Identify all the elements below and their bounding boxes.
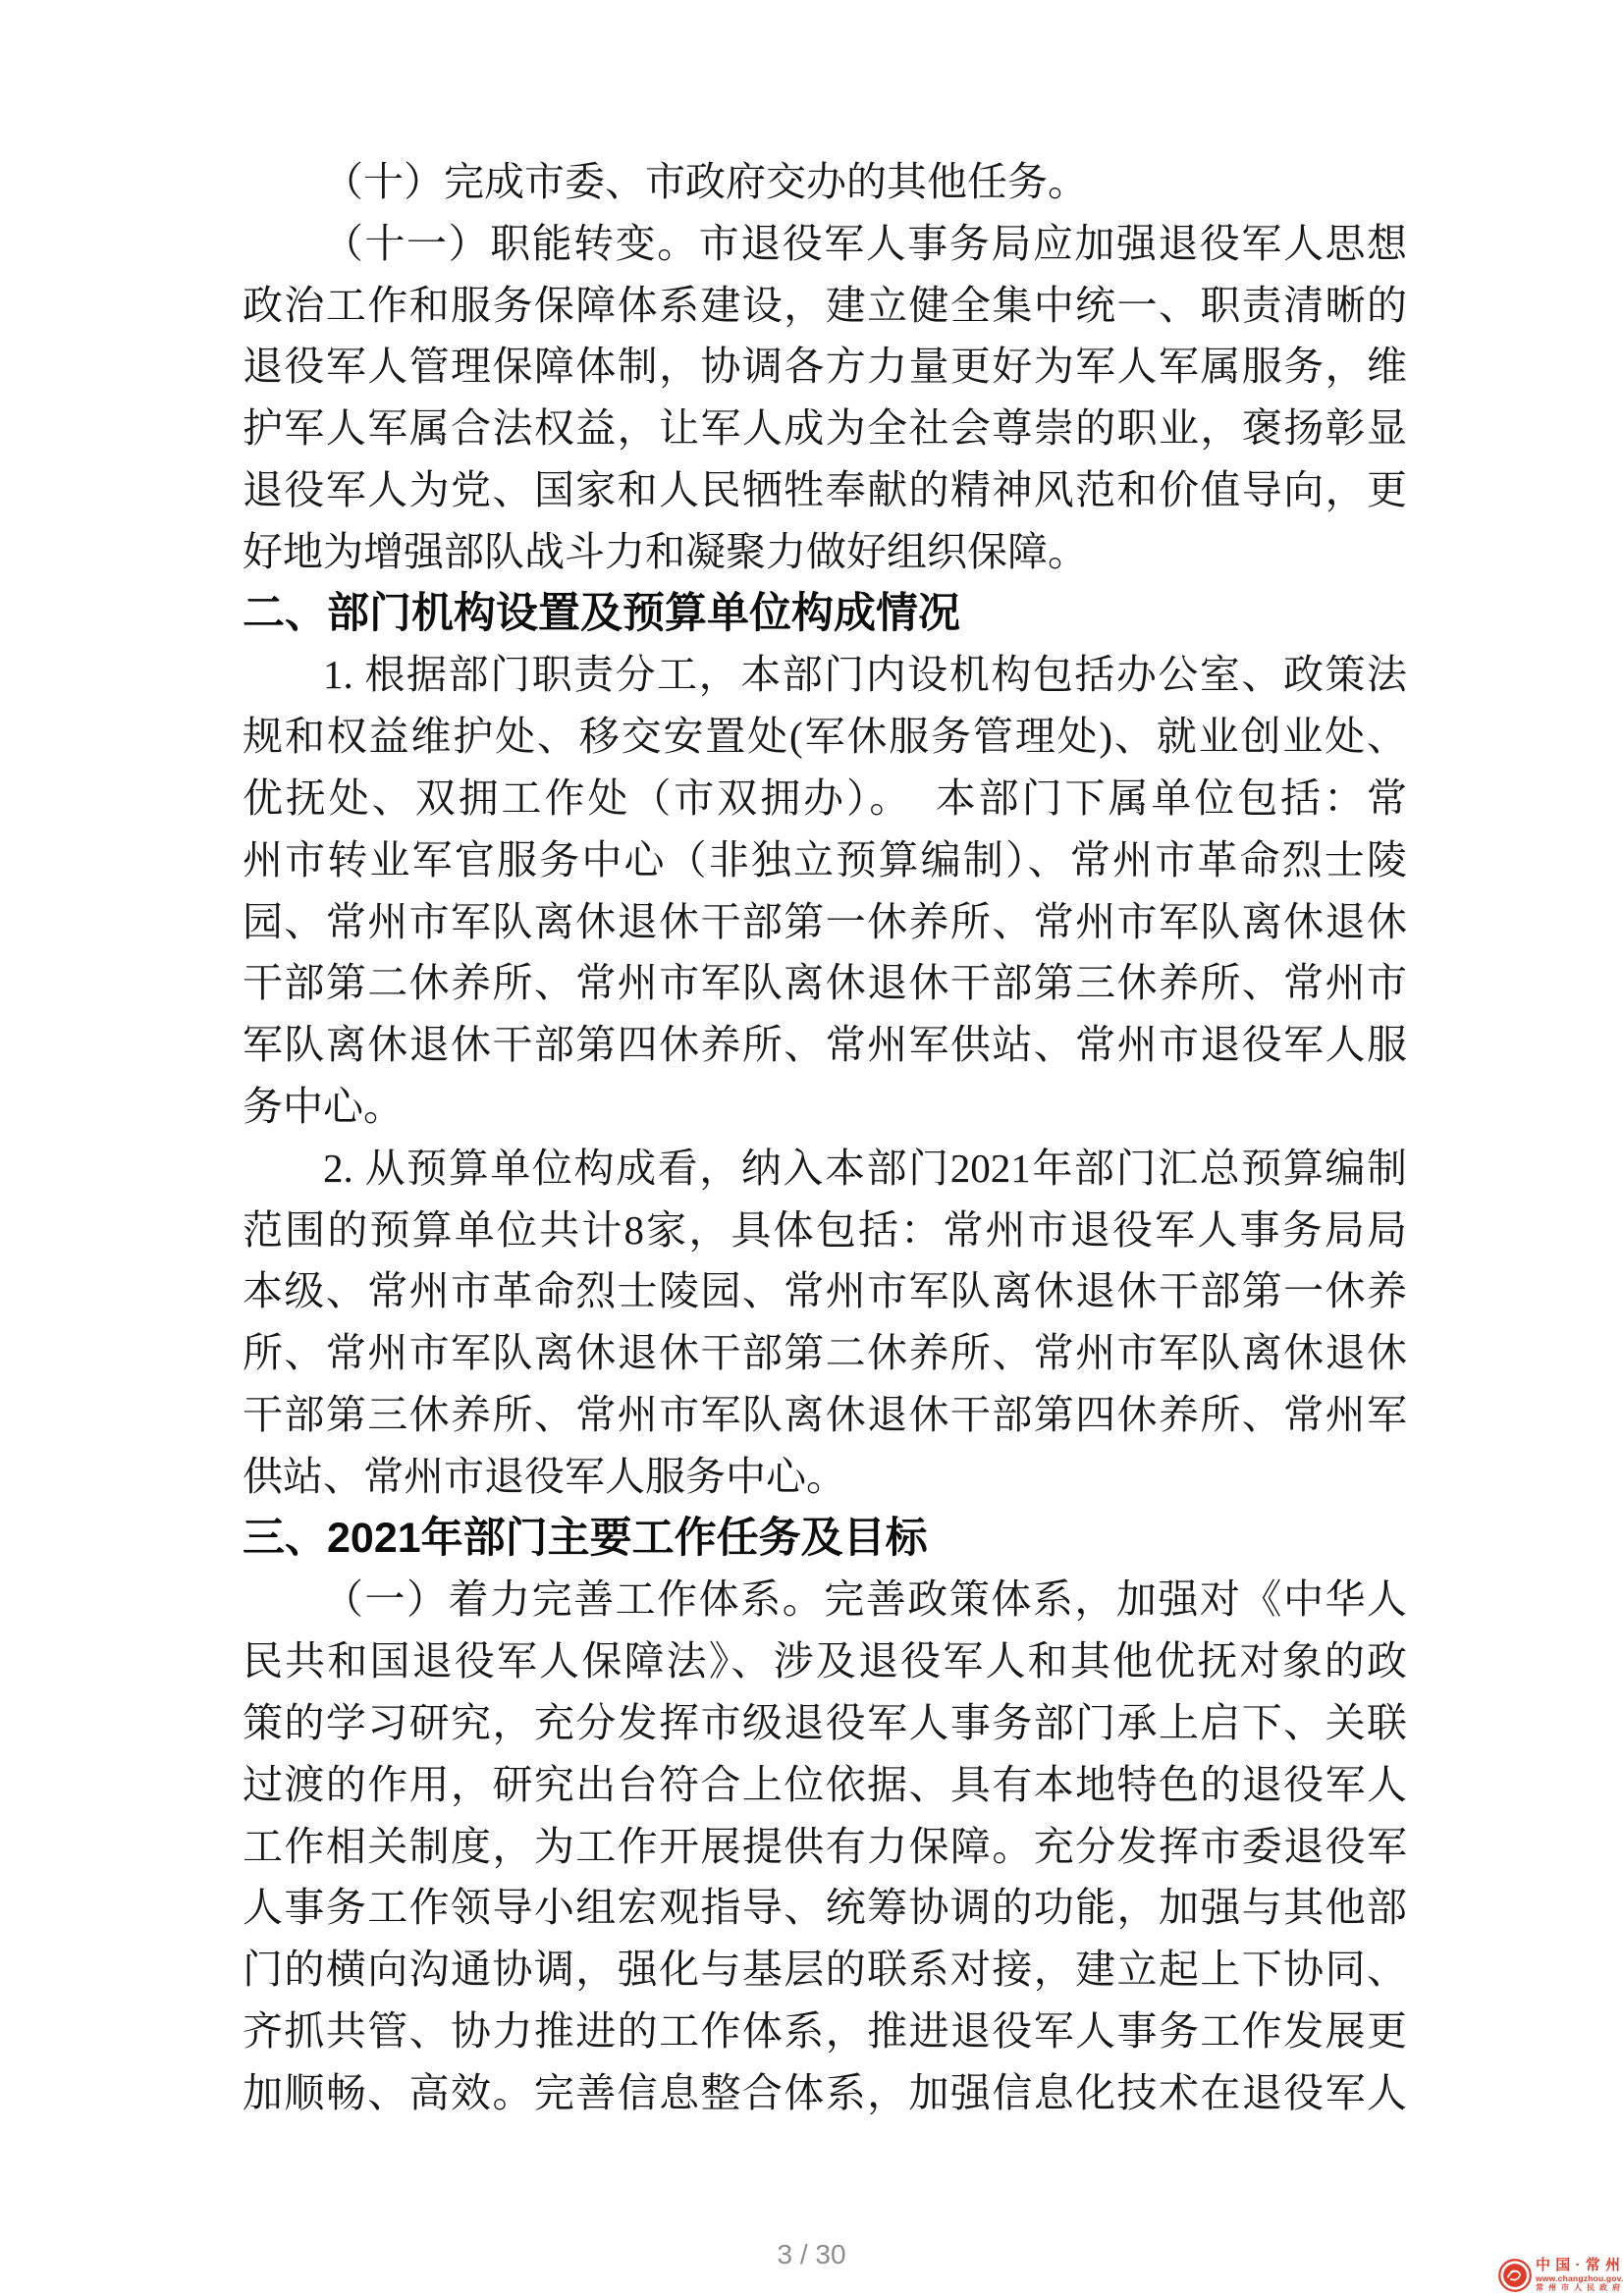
text-line: 人事务工作领导小组宏观指导、统筹协调的功能，加强与其他部 xyxy=(243,1877,1407,1939)
logo-title: 中国·常州 xyxy=(1536,2258,1620,2273)
text-line: 所、常州市军队离休退休干部第二休养所、常州市军队离休退休 xyxy=(243,1322,1407,1384)
text-line: 退役军人管理保障体制，协调各方力量更好为军人军属服务，维 xyxy=(243,336,1407,398)
changzhou-gov-logo: 中国·常州 www.changzhou.gov.cn 常州市人民政府 xyxy=(1498,2258,1620,2292)
text-line: 规和权益维护处、移交安置处(军休服务管理处)、就业创业处、 xyxy=(243,706,1407,768)
text-line: 园、常州市军队离休退休干部第一休养所、常州市军队离休退休 xyxy=(243,891,1407,953)
text-line: 过渡的作用，研究出台符合上位依据、具有本地特色的退役军人 xyxy=(243,1754,1407,1816)
text-line: （十一）职能转变。市退役军人事务局应加强退役军人思想 xyxy=(243,213,1407,275)
text-line: 齐抓共管、协力推进的工作体系，推进退役军人事务工作发展更 xyxy=(243,2001,1407,2062)
text-line: 2. 从预算单位构成看，纳入本部门2021年部门汇总预算编制 xyxy=(243,1138,1407,1200)
text-line: 本级、常州市革命烈士陵园、常州市军队离休退休干部第一休养 xyxy=(243,1260,1407,1322)
text-line: 政治工作和服务保障体系建设，建立健全集中统一、职责清晰的 xyxy=(243,275,1407,337)
text-line: 策的学习研究，充分发挥市级退役军人事务部门承上启下、关联 xyxy=(243,1692,1407,1754)
section-heading-3: 三、2021年部门主要工作任务及目标 xyxy=(243,1508,1407,1570)
text-line: （十）完成市委、市政府交办的其他任务。 xyxy=(243,151,1407,213)
document-page: （十）完成市委、市政府交办的其他任务。 （十一）职能转变。市退役军人事务局应加强… xyxy=(0,0,1623,2296)
text-line: 供站、常州市退役军人服务中心。 xyxy=(243,1446,1407,1508)
section-heading-2: 二、部门机构设置及预算单位构成情况 xyxy=(243,583,1407,645)
dragon-seal-icon xyxy=(1498,2259,1532,2292)
text-line: 退役军人为党、国家和人民牺牲奉献的精神风范和价值导向，更 xyxy=(243,459,1407,521)
text-line: 优抚处、双拥工作处（市双拥办）。 本部门下属单位包括：常 xyxy=(243,768,1407,829)
text-line: 民共和国退役军人保障法》、涉及退役军人和其他优抚对象的政 xyxy=(243,1630,1407,1692)
text-line: 干部第三休养所、常州市军队离休退休干部第四休养所、常州军 xyxy=(243,1384,1407,1446)
document-body: （十）完成市委、市政府交办的其他任务。 （十一）职能转变。市退役军人事务局应加强… xyxy=(243,151,1407,2124)
text-line: 好地为增强部队战斗力和凝聚力做好组织保障。 xyxy=(243,521,1407,583)
logo-text-block: 中国·常州 www.changzhou.gov.cn 常州市人民政府 xyxy=(1536,2258,1620,2292)
text-line: 干部第二休养所、常州市军队离休退休干部第三休养所、常州市 xyxy=(243,952,1407,1014)
text-line: 加顺畅、高效。完善信息整合体系，加强信息化技术在退役军人 xyxy=(243,2062,1407,2124)
text-line: 州市转业军官服务中心（非独立预算编制）、常州市革命烈士陵 xyxy=(243,829,1407,891)
text-line: （一）着力完善工作体系。完善政策体系，加强对《中华人 xyxy=(243,1569,1407,1630)
text-line: 护军人军属合法权益，让军人成为全社会尊崇的职业，褒扬彰显 xyxy=(243,398,1407,459)
logo-url: www.changzhou.gov.cn xyxy=(1536,2273,1620,2283)
text-line: 军队离休退休干部第四休养所、常州军供站、常州市退役军人服 xyxy=(243,1014,1407,1076)
page-number: 3 / 30 xyxy=(0,2238,1623,2271)
text-line: 1. 根据部门职责分工，本部门内设机构包括办公室、政策法 xyxy=(243,644,1407,706)
text-line: 门的横向沟通协调，强化与基层的联系对接，建立起上下协同、 xyxy=(243,1939,1407,2001)
logo-subtitle: 常州市人民政府 xyxy=(1536,2283,1620,2292)
text-line: 务中心。 xyxy=(243,1076,1407,1138)
text-line: 范围的预算单位共计8家，具体包括：常州市退役军人事务局局 xyxy=(243,1200,1407,1261)
text-line: 工作相关制度，为工作开展提供有力保障。充分发挥市委退役军 xyxy=(243,1816,1407,1878)
